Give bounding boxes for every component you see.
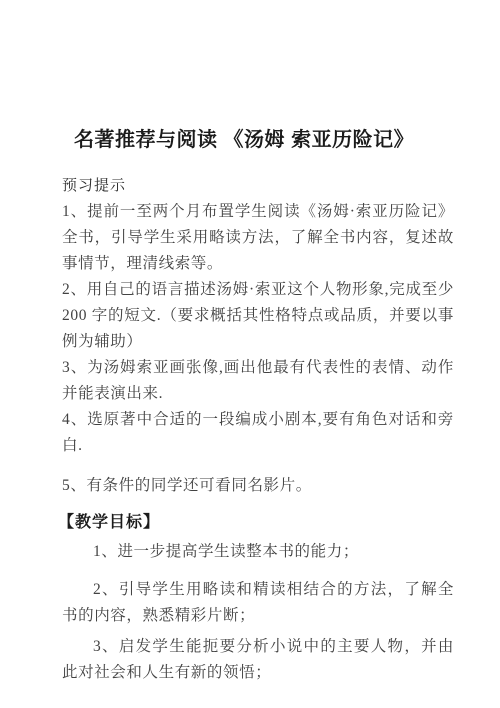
preview-tip-2: 2、用自己的语言描述汤姆·索亚这个人物形象,完成至少 200 字的短文.（要求概… (62, 277, 454, 355)
preview-tip-4: 4、选原著中合适的一段编成小剧本,要有角色对话和旁白. (62, 407, 454, 459)
preview-tip-5: 5、有条件的同学还可看同名影片。 (62, 473, 454, 499)
preview-tips-list: 1、提前一至两个月布置学生阅读《汤姆·索亚历险记》全书，引导学生采用略读方法，了… (62, 199, 454, 499)
preview-tip-3: 3、为汤姆索亚画张像,画出他最有代表性的表情、动作并能表演出来. (62, 355, 454, 407)
teaching-goal-2: 2、引导学生用略读和精读相结合的方法，了解全书的内容，熟悉精彩片断； (62, 577, 454, 629)
preview-tip-1: 1、提前一至两个月布置学生阅读《汤姆·索亚历险记》全书，引导学生采用略读方法，了… (62, 199, 454, 277)
teaching-goal-1: 1、进一步提高学生读整本书的能力； (62, 539, 454, 565)
teaching-goals-heading: 【教学目标】 (58, 513, 454, 533)
preview-tips-heading: 预习提示 (62, 176, 454, 195)
teaching-goal-3: 3、启发学生能扼要分析小说中的主要人物，并由此对社会和人生有新的领悟； (62, 634, 454, 686)
document-title: 名著推荐与阅读 《汤姆 索亚历险记》 (74, 0, 454, 153)
teaching-goals-list: 1、进一步提高学生读整本书的能力； 2、引导学生用略读和精读相结合的方法，了解全… (62, 539, 454, 686)
document-page: 名著推荐与阅读 《汤姆 索亚历险记》 预习提示 1、提前一至两个月布置学生阅读《… (0, 0, 500, 708)
